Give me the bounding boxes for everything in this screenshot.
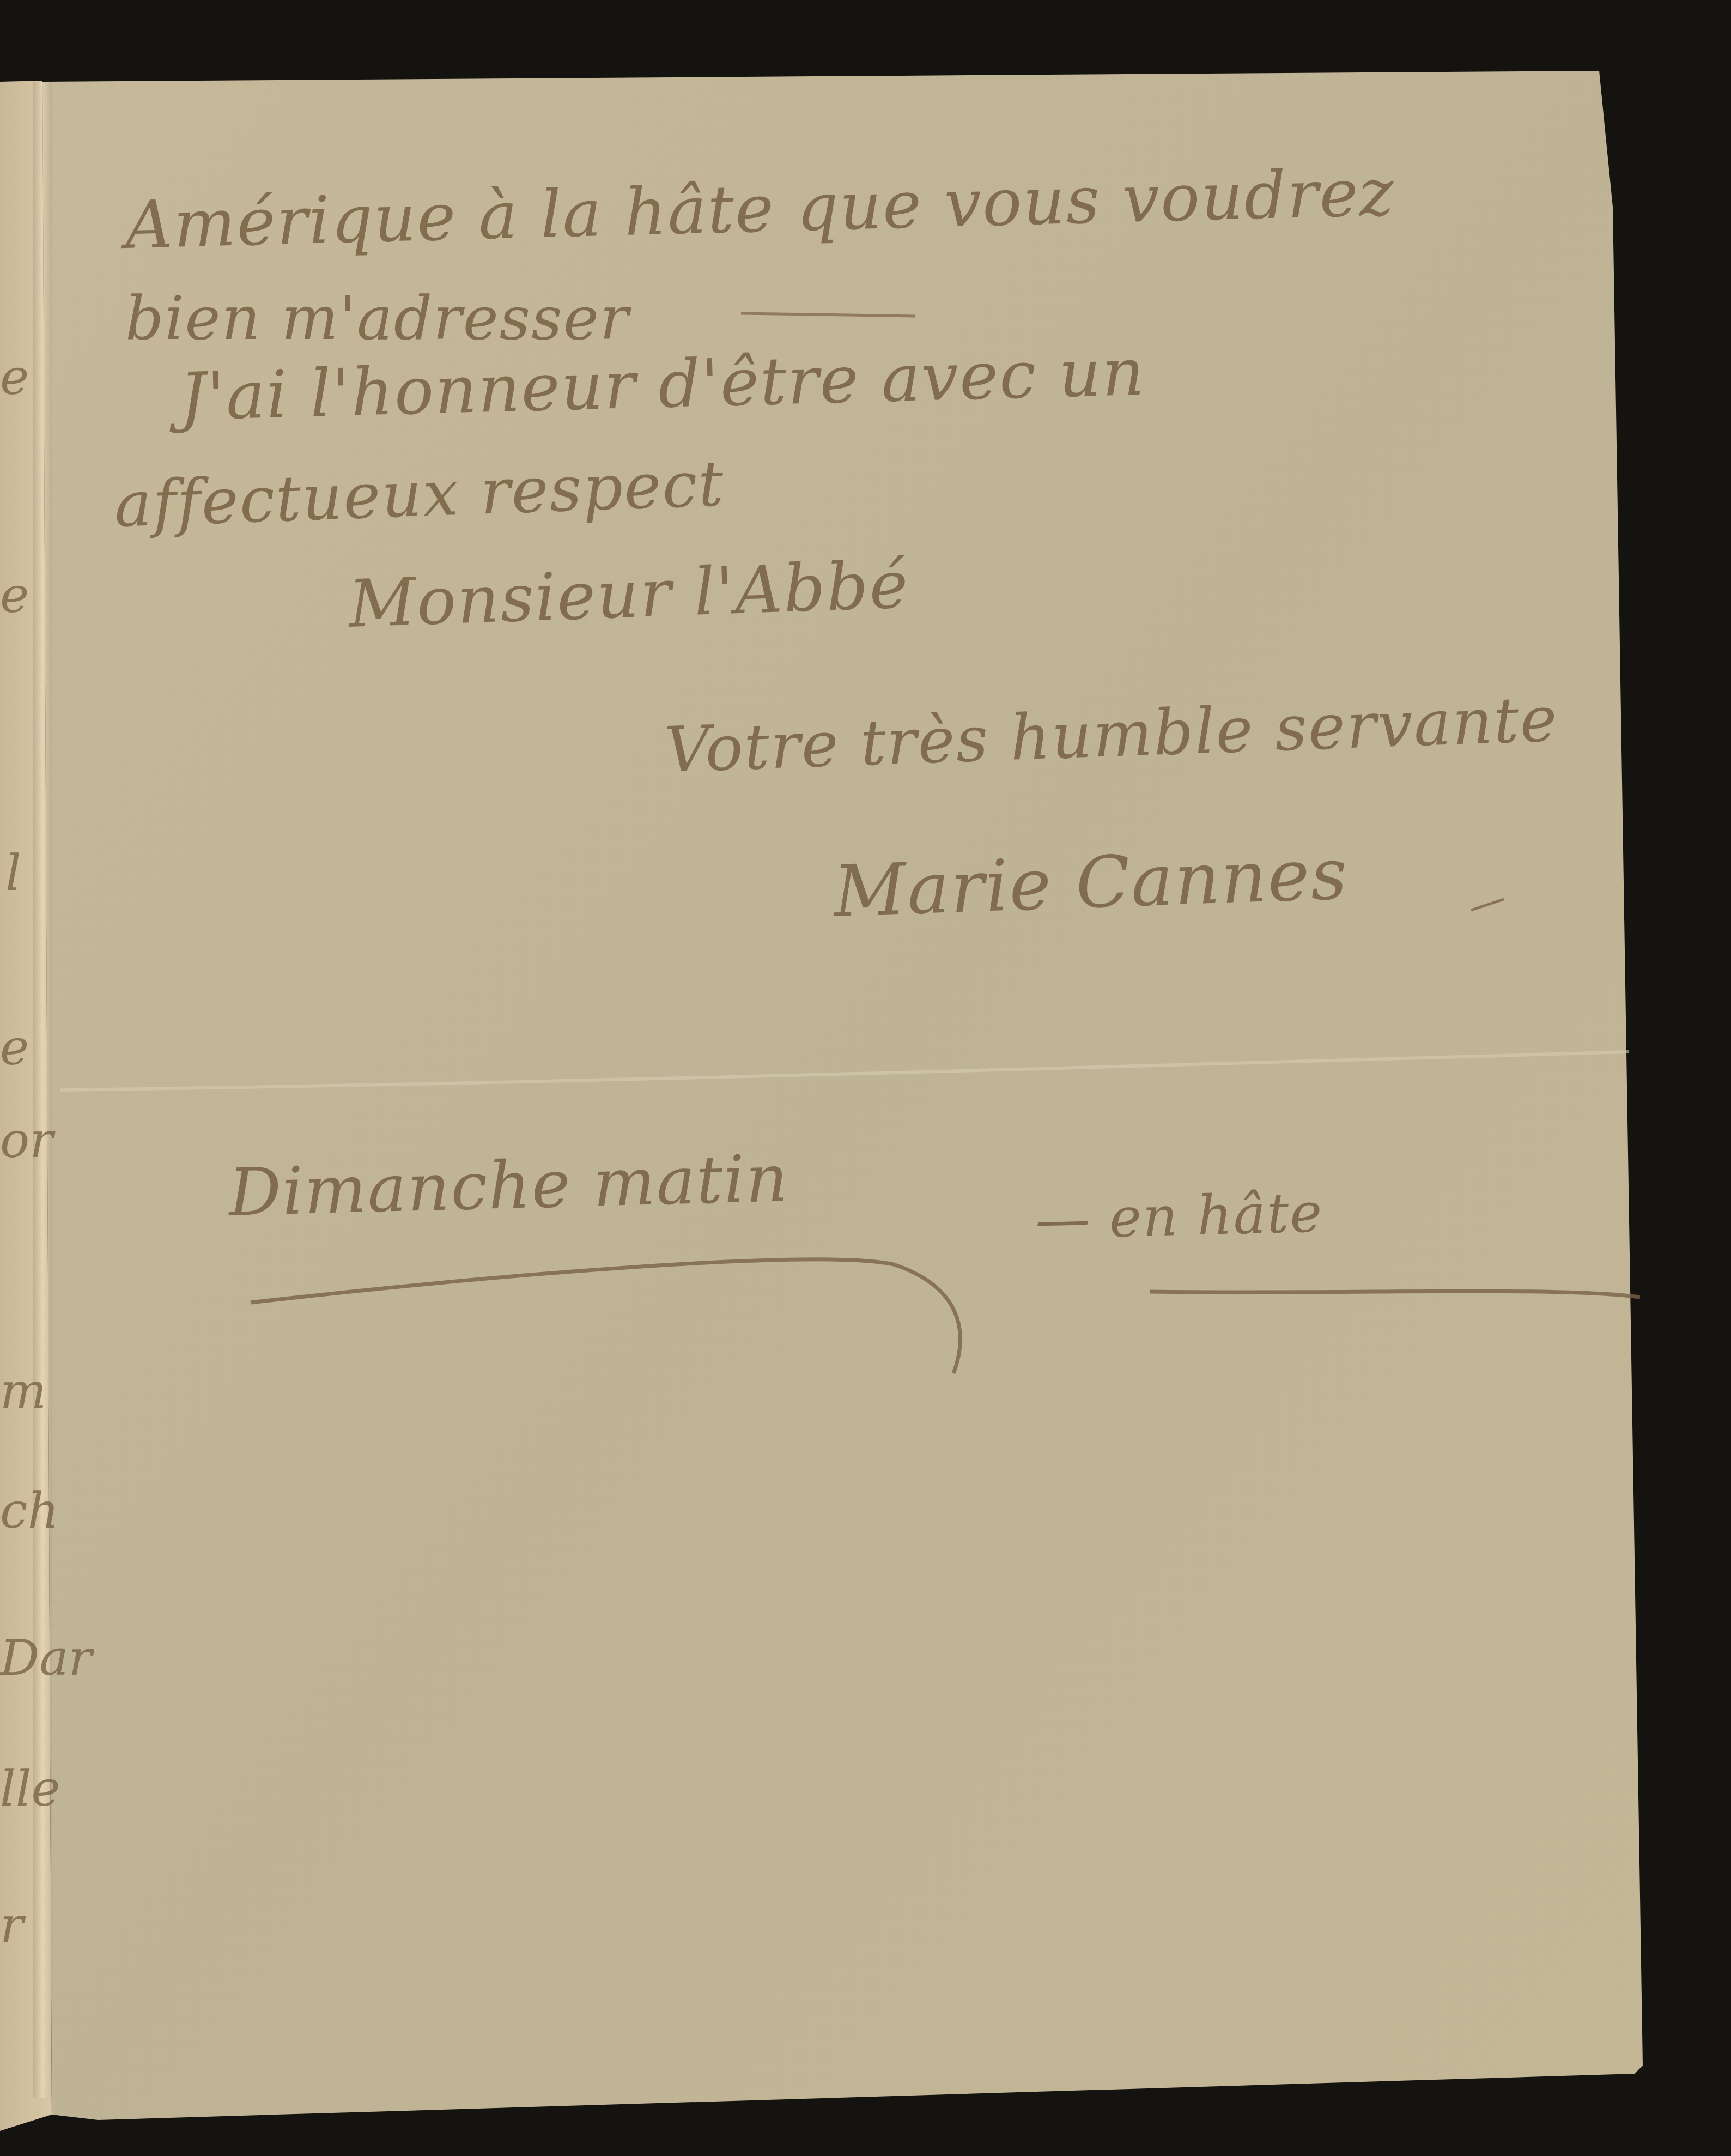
left-page-fragment: e xyxy=(0,349,29,406)
left-page-fragment: ch xyxy=(0,1482,59,1540)
left-page-fragment: l xyxy=(5,845,21,902)
left-page-fragment: or xyxy=(0,1112,53,1169)
left-page-fragment: m xyxy=(0,1362,46,1420)
left-page-fragment: Dar xyxy=(0,1630,92,1687)
left-page-fragment: r xyxy=(0,1897,23,1954)
letter-line-2: bien m'adresser xyxy=(125,283,629,353)
left-page-fragment: e xyxy=(0,567,29,624)
postscript-day: Dimanche matin xyxy=(228,1141,789,1231)
left-page-fragment: e xyxy=(0,1019,29,1076)
left-page-fragment: lle xyxy=(0,1760,60,1818)
postscript-note: — en hâte xyxy=(1034,1180,1323,1252)
